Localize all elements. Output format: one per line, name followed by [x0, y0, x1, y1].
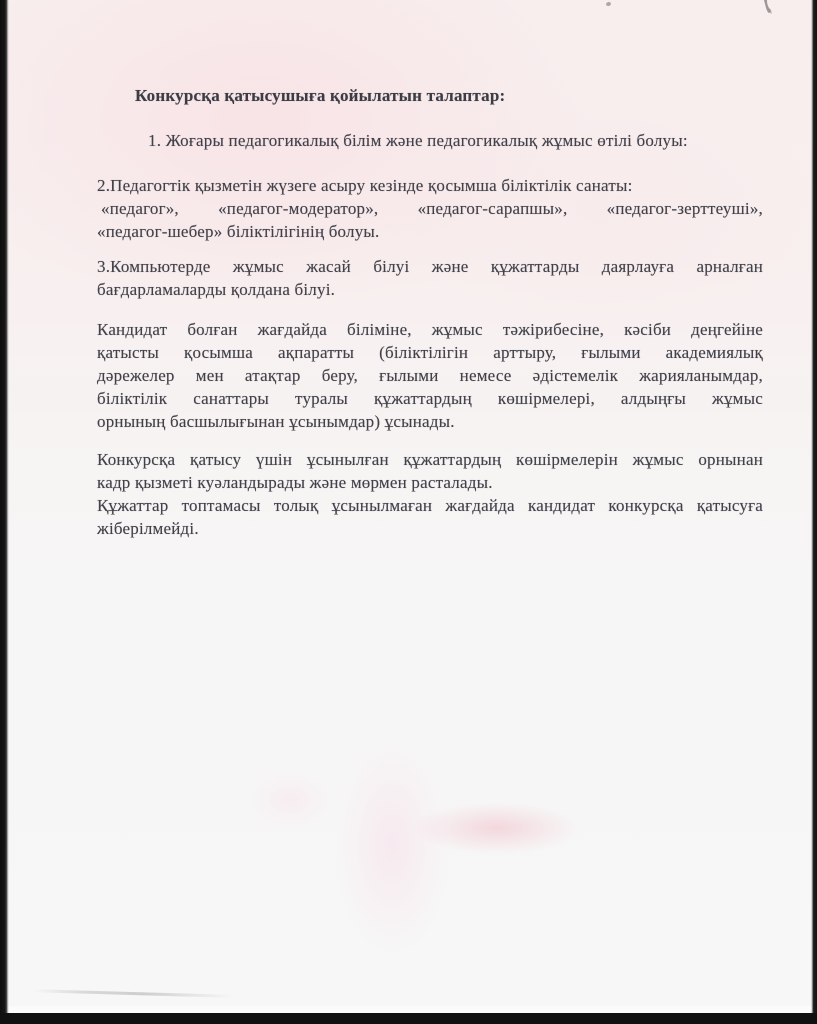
ink-dot [605, 1, 611, 6]
paragraph-5-line-3: Құжаттар топтамасы толық ұсынылмаған жағ… [97, 494, 763, 517]
paragraph-5-line-1: Конкурсқа қатысу үшін ұсынылған құжаттар… [97, 448, 763, 471]
scanner-edge-right [811, 0, 817, 1024]
pen-smudge-mark [758, 0, 778, 22]
paragraph-2-line-1: 2.Педагогтік қызметін жүзеге асыру кезін… [97, 174, 763, 197]
paragraph-3-line-2: бағдарламаларды қолдана білуі. [97, 278, 763, 301]
paragraph-candidate-additional-info: Кандидат болған жағдайда біліміне, жұмыс… [97, 318, 763, 433]
paragraph-4-line-2: қатысты қосымша ақпаратты (біліктілігін … [97, 341, 763, 364]
paragraph-5-line-4: жіберілмейді. [97, 517, 763, 540]
document-title: Конкурсқа қатысушыға қойылатын талаптар: [135, 84, 763, 107]
paragraph-3-line-1: 3.Компьютерде жұмыс жасай білуі және құж… [97, 255, 763, 278]
paragraph-computer-skills: 3.Компьютерде жұмыс жасай білуі және құж… [97, 255, 763, 301]
paragraph-document-certification: Конкурсқа қатысу үшін ұсынылған құжаттар… [97, 448, 763, 540]
paragraph-4-line-5: орнының басшылығынан ұсынымдар) ұсынады. [97, 410, 763, 433]
paragraph-2-line-2: «педагог», «педагог-модератор», «педагог… [97, 197, 763, 220]
requirement-item-1: 1. Жоғары педагогикалық білім және педаг… [148, 129, 763, 152]
scanner-edge-left [0, 0, 9, 1024]
document-content: Конкурсқа қатысушыға қойылатын талаптар:… [97, 84, 763, 540]
paragraph-4-line-1: Кандидат болған жағдайда біліміне, жұмыс… [97, 318, 763, 341]
paragraph-5-line-2: кадр қызметі куәландырады және мөрмен ра… [97, 471, 763, 494]
scanned-document-page: Конкурсқа қатысушыға қойылатын талаптар:… [0, 0, 817, 1024]
paragraph-qualification-category: 2.Педагогтік қызметін жүзеге асыру кезін… [97, 174, 763, 243]
faint-scribble-line [34, 989, 232, 998]
paragraph-4-line-4: біліктілік санаттары туралы құжаттардың … [97, 387, 763, 410]
scanner-edge-bottom [0, 1013, 817, 1024]
paragraph-4-line-3: дәрежелер мен атақтар беру, ғылыми немес… [97, 364, 763, 387]
paragraph-2-line-3: «педагог-шебер» біліктілігінің болуы. [97, 220, 763, 243]
scanner-white-line [6, 1006, 813, 1013]
